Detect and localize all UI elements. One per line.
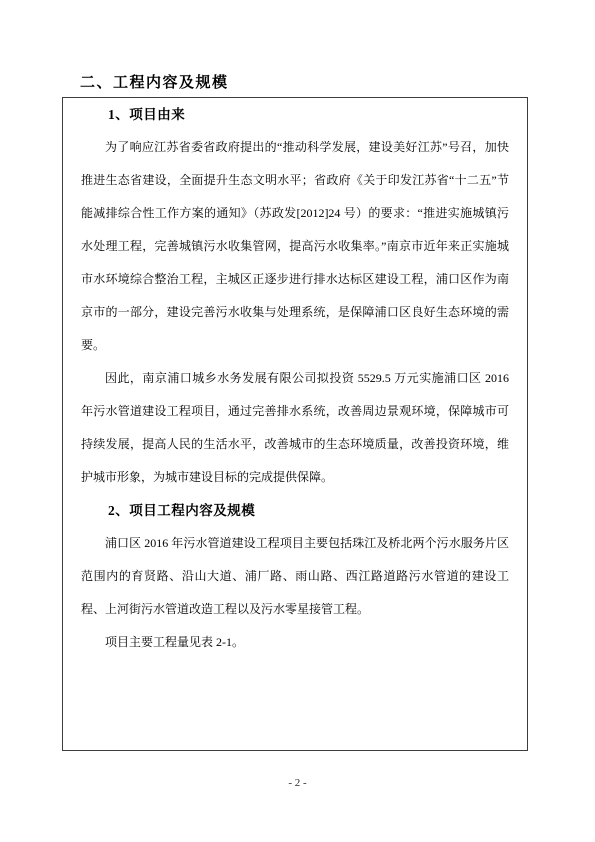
section-1-title: 1、项目由来 [81,98,509,131]
section-2-paragraph-1: 浦口区 2016 年污水管道建设工程项目主要包括珠江及桥北两个污水服务片区范围内… [81,527,509,626]
page-number: - 2 - [0,777,595,789]
document-page: 二、工程内容及规模 1、项目由来 为了响应江苏省委省政府提出的“推动科学发展，建… [0,0,595,842]
content-box: 1、项目由来 为了响应江苏省委省政府提出的“推动科学发展，建设美好江苏”号召，加… [62,97,528,751]
section-1-paragraph-2: 因此，南京浦口城乡水务发展有限公司拟投资 5529.5 万元实施浦口区 2016… [81,362,509,494]
chapter-heading: 二、工程内容及规模 [80,71,229,92]
section-2-title: 2、项目工程内容及规模 [81,494,509,527]
section-1-paragraph-1: 为了响应江苏省委省政府提出的“推动科学发展，建设美好江苏”号召，加快推进生态省建… [81,131,509,362]
section-2-paragraph-2: 项目主要工程量见表 2-1。 [81,626,509,659]
